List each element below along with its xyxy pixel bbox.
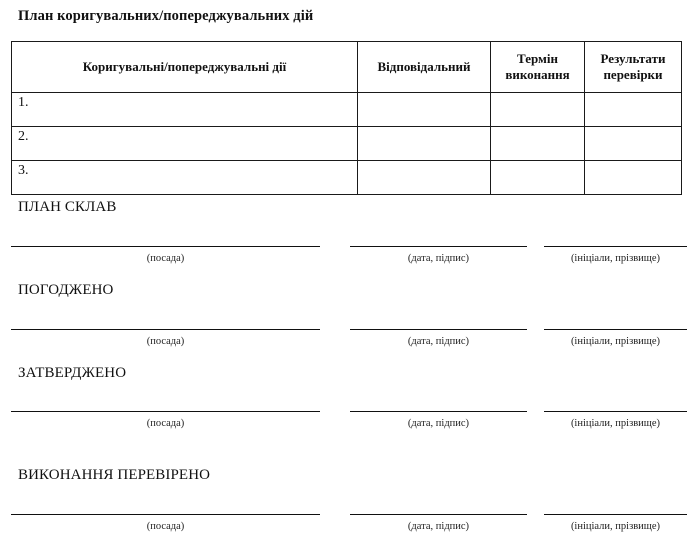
table-row: 2. <box>12 127 682 161</box>
signature-row-execution-verified: (посада) (дата, підпис) (ініціали, прізв… <box>0 514 696 544</box>
initials-surname-field[interactable]: (ініціали, прізвище) <box>544 514 687 544</box>
result-cell[interactable] <box>585 161 682 195</box>
section-heading-agreed: ПОГОДЖЕНО <box>18 282 113 299</box>
position-caption: (посада) <box>11 418 320 429</box>
responsible-cell[interactable] <box>358 161 491 195</box>
initials-surname-caption: (ініціали, прізвище) <box>544 253 687 264</box>
table-row: 3. <box>12 161 682 195</box>
initials-surname-caption: (ініціали, прізвище) <box>544 336 687 347</box>
table-row: 1. <box>12 93 682 127</box>
responsible-cell[interactable] <box>358 127 491 161</box>
signature-row-approved: (посада) (дата, підпис) (ініціали, прізв… <box>0 411 696 441</box>
initials-surname-field[interactable]: (ініціали, прізвище) <box>544 329 687 359</box>
date-signature-field[interactable]: (дата, підпис) <box>350 246 527 276</box>
signature-line <box>11 246 320 247</box>
table-header-row: Коригувальні/попереджувальні дії Відпові… <box>12 42 682 93</box>
responsible-cell[interactable] <box>358 93 491 127</box>
corrective-actions-table: Коригувальні/попереджувальні дії Відпові… <box>11 41 682 195</box>
document-title: План коригувальних/попереджувальних дій <box>18 8 313 25</box>
date-signature-field[interactable]: (дата, підпис) <box>350 514 527 544</box>
position-field[interactable]: (посада) <box>11 411 320 441</box>
position-field[interactable]: (посада) <box>11 246 320 276</box>
date-signature-caption: (дата, підпис) <box>350 336 527 347</box>
result-cell[interactable] <box>585 93 682 127</box>
term-cell[interactable] <box>491 161 585 195</box>
header-term-line1: Термін <box>517 51 558 66</box>
signature-line <box>350 514 527 515</box>
signature-line <box>11 329 320 330</box>
header-term: Термін виконання <box>491 42 585 93</box>
position-field[interactable]: (посада) <box>11 329 320 359</box>
action-cell[interactable]: 1. <box>12 93 358 127</box>
header-responsible: Відповідальний <box>358 42 491 93</box>
header-term-line2: виконання <box>505 67 569 82</box>
header-results: Результати перевірки <box>585 42 682 93</box>
position-field[interactable]: (посада) <box>11 514 320 544</box>
signature-line <box>544 411 687 412</box>
date-signature-caption: (дата, підпис) <box>350 418 527 429</box>
date-signature-field[interactable]: (дата, підпис) <box>350 411 527 441</box>
initials-surname-field[interactable]: (ініціали, прізвище) <box>544 411 687 441</box>
signature-line <box>544 514 687 515</box>
date-signature-caption: (дата, підпис) <box>350 521 527 532</box>
position-caption: (посада) <box>11 521 320 532</box>
signature-line <box>544 246 687 247</box>
signature-line <box>350 329 527 330</box>
date-signature-field[interactable]: (дата, підпис) <box>350 329 527 359</box>
position-caption: (посада) <box>11 253 320 264</box>
date-signature-caption: (дата, підпис) <box>350 253 527 264</box>
signature-row-agreed: (посада) (дата, підпис) (ініціали, прізв… <box>0 329 696 359</box>
signature-line <box>544 329 687 330</box>
signature-line <box>11 411 320 412</box>
signature-line <box>350 411 527 412</box>
initials-surname-caption: (ініціали, прізвище) <box>544 418 687 429</box>
section-heading-approved: ЗАТВЕРДЖЕНО <box>18 365 126 382</box>
header-results-line2: перевірки <box>603 67 662 82</box>
action-cell[interactable]: 3. <box>12 161 358 195</box>
term-cell[interactable] <box>491 93 585 127</box>
initials-surname-caption: (ініціали, прізвище) <box>544 521 687 532</box>
position-caption: (посада) <box>11 336 320 347</box>
section-heading-plan-drawn-up: ПЛАН СКЛАВ <box>18 199 116 216</box>
initials-surname-field[interactable]: (ініціали, прізвище) <box>544 246 687 276</box>
result-cell[interactable] <box>585 127 682 161</box>
action-cell[interactable]: 2. <box>12 127 358 161</box>
header-actions: Коригувальні/попереджувальні дії <box>12 42 358 93</box>
term-cell[interactable] <box>491 127 585 161</box>
signature-row-plan-drawn-up: (посада) (дата, підпис) (ініціали, прізв… <box>0 246 696 276</box>
signature-line <box>350 246 527 247</box>
section-heading-execution-verified: ВИКОНАННЯ ПЕРЕВІРЕНО <box>18 467 210 484</box>
header-results-line1: Результати <box>601 51 666 66</box>
signature-line <box>11 514 320 515</box>
